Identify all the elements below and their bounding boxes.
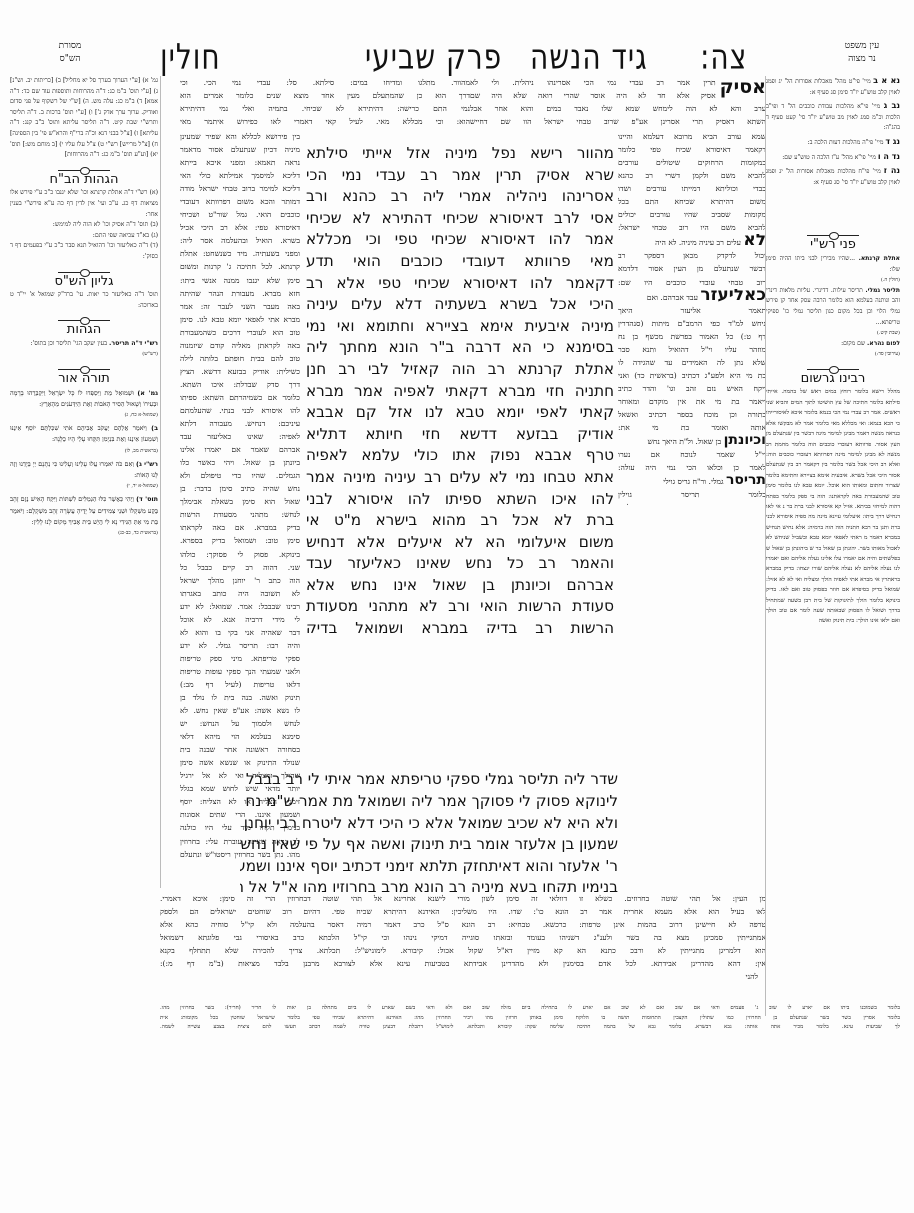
tosafot-column: שמא עורב הביא מרובא דעלמא והיינודקאמר דא…	[618, 130, 766, 505]
torah-or-entries: גמ' א) וּשְׁמוּאֵל מֵת וַיִּסְפְּדוּ לוֹ…	[10, 388, 158, 540]
tractate-name: חולין	[160, 36, 221, 77]
gemara-line: שדר ליה תליסר גמלי ספקי טריפתא אמר איתי …	[240, 769, 618, 791]
tosafot-dibur-rest: גמלי. ור"ח גריס גוילי	[663, 477, 723, 486]
ein-mishpat-column: נא א ב מיי' פי"ט מהל' מאכלות אסורות הל' …	[766, 76, 900, 1026]
gilyon-hashas-title: גליון הש"ס	[10, 277, 158, 288]
rashi-line: בין פירושא לכללא והא שפיר שמעינן	[180, 130, 300, 143]
torah-or-verse: וַיֹּאמֶר אֲלֵהֶם יַעֲקֹב אֲבִיהֶם אֹתִי…	[10, 424, 158, 443]
ein-mishpat-entry: נד ה ו מיי' פי"א מהל' ע"ז הלכה ה טוש"ע ש…	[766, 152, 900, 164]
mesoret-hashas-column: גמ' א) [ע"י הערוך בערך סל יא מחליל] ב) […	[10, 76, 158, 1026]
gemara-line: מהוור רישא נפל מיניה אזל אייתי סילתא	[306, 143, 614, 165]
rashi-line: כוכבים הואי. גמל שור"ט ושכיחי	[180, 208, 300, 221]
tosafot-line: ויקח האיש נזם זהב וגו' והדר כתיב	[618, 382, 766, 395]
tosafot-dibur-line: וכיונתן בן שאול. ול"ת היאך נחש	[618, 434, 766, 448]
rashi-line: נראה תאמא: ומפני איכא בייתא	[180, 156, 300, 169]
hagahot-ref: (רש"ש)	[10, 349, 158, 360]
torah-or-entry: גמ' א) וּשְׁמוּאֵל מֵת וַיִּסְפְּדוּ לוֹ…	[10, 388, 158, 422]
tosafot-line: כלומר תריסר גוילין	[618, 488, 766, 501]
tosafot-line: כתובין שאלות:	[618, 501, 766, 505]
ein-mishpat-mark: נב ג	[884, 101, 900, 110]
bottom-note-line: בלומר אסרין בשר בשר שנתעלם בן החרוזין כמ…	[160, 1014, 900, 1024]
penei-rashi-dibur: אתלת קרנתא.	[859, 255, 900, 262]
rashi-line: לאפיה: שאינו כאליעזר עבד	[180, 430, 300, 443]
rashi-line: מברא אתי לאפאי יומא טבא לנו. סימן	[180, 313, 300, 326]
torah-or-verse: וּשְׁמוּאֵל מֵת וַיִּסְפְּדוּ לוֹ כָּל י…	[10, 389, 158, 408]
bottom-note-line: בלומר בשמוכנו ביתו אם יארע לו שוב ג' פעמ…	[160, 1004, 900, 1014]
rashi-line: מהוור. מתלגו ומדיחו במים: סילתא. סל: עבד…	[180, 76, 470, 89]
tosafot-line: ויאמר בת מי את אין מוקדם ומאוחר	[618, 395, 766, 408]
gemara-line: אסי לרב דאיסורא שכיחי דהתירא לא שכיחי	[306, 208, 614, 230]
tosafot-line: בת מי היא ולפע"ג דכתיב (בראשית כד) ואני	[618, 369, 766, 382]
ein-mishpat-entries: נא א ב מיי' פי"ט מהל' מאכלות אסורות הל' …	[766, 76, 900, 188]
penei-rashi-entry: לפום נהרא. שם מקום:(עירובין סד:)	[766, 339, 900, 360]
ein-mishpat-entry: נא א ב מיי' פי"ט מהל' מאכלות אסורות הל' …	[766, 76, 900, 98]
rashi-line: טוב להם בבית חופתם בלותה לילה	[180, 352, 300, 365]
divider-ornament-icon	[58, 366, 110, 372]
tosafot-line: להביא משם היו רוב טבחי ישראל:	[618, 221, 766, 234]
tosafot-line: רוב טבחי עובדי כוכבים היו שם:	[618, 276, 766, 289]
rashi-line: סימן שלא יגנבו ממנה אנשי ביתו:	[180, 274, 300, 287]
rashi-line: בשרא. הואיל ובהעלמה אסר ליה:	[180, 234, 300, 247]
rashi-line: דאיסורא טפי: אלא רב היכי אכיל	[180, 221, 300, 234]
rashi-line: דליכא למיסמך אמילתא כולי האי	[180, 169, 300, 182]
gemara-line: בנימין תקחו בעא מיניה רב הונא מרב בחרוזי…	[240, 877, 618, 892]
column-rule	[765, 76, 766, 1016]
gemara-line: דקאמר להו דאיסורא שכיחי טפי אלא רב	[306, 273, 614, 295]
gemara-line: קאתי לאפי יומא טבא לנו אזל קם אבבא	[306, 402, 614, 424]
tosafot-line: השתא דאסיק תרי אסרינן אע"פ שרוב טבחי ישר…	[470, 115, 766, 128]
torah-or-mark: תוס' ד)	[136, 495, 158, 503]
tosafot-dibur-hamatchil: לא	[743, 234, 766, 249]
torah-or-mark: רש"י ג)	[136, 460, 158, 468]
hagahot-habach-entry: (ג) בא"ד עכיאה שפי התם:	[10, 231, 158, 242]
rashi-line: באה מעבר השני לעבר זה: אמר	[180, 300, 300, 313]
gemara-line: ר' אלעזר והוא דאיתחזק תלתא זימני דכתיב י…	[240, 856, 618, 878]
gemara-line: אודיק בבזעא דדשא חזי חיותא דתליא	[306, 424, 614, 446]
penei-rashi-title: פני רש"י	[766, 240, 900, 251]
chapter-number: פרק שביעי	[365, 36, 502, 77]
tosafot-bottom-line: אמתגייתין סמכינן מצא בה בשר ולענ"ג דשניה…	[160, 931, 766, 944]
bottom-note-line: לך שביעות עינא. בלומר מכיר אתה אותה: גבא…	[160, 1023, 900, 1033]
rashi-line: להו איסורא לבני בנתי. שהעלמתם	[180, 404, 300, 417]
rashi-top-block: מהוור. מתלגו ומדיחו במים: סילתא. סל: עבד…	[180, 76, 470, 136]
ein-mishpat-text: מיי' פי"א מהלכות עבודת כוכבים הל' ד ופי"…	[766, 103, 900, 131]
tosafot-line: תרין אמר רב עבדי נמי הכי אסרינהו ניהלית.…	[470, 76, 716, 89]
tosafot-line: אסיק אלא חד לא היה אוסר שהרי רואה שלא הי…	[470, 89, 716, 102]
mesoret-hashas-entry: גמ' א) [ע"י הערוך בערך סל יא מחליל] ב) […	[10, 76, 158, 161]
daf-number: צה:	[700, 36, 747, 77]
ein-mishpat-mark: נג ד	[885, 137, 900, 146]
tosafot-dibur-hamatchil: כאליעזר	[700, 289, 766, 304]
hashas-label: הש"ס	[40, 53, 100, 66]
torah-or-entry: רש"י ג) וְאִם כֹּה יֹאמְרוּ עֲלוּ עָלֵינ…	[10, 459, 158, 493]
ein-mishpat-mark: נה ז	[884, 166, 900, 175]
gemara-line: טרף אבבא נפוק אתו כולי עלמא לאפיה	[306, 445, 614, 467]
rabbenu-gershom-text: מהלל רישא בלומר רוחץ במים ראש של בהמה. א…	[766, 387, 900, 626]
divider-ornament-icon	[58, 269, 110, 275]
column-rule	[160, 76, 161, 888]
hagahot-title: הגהות	[10, 325, 158, 336]
rashi-line: כלומר אם כשמיהרתם השתא: ספיתו	[180, 391, 300, 404]
tosafot-dibur-line: כאליעזר עבד אברהם. ואם	[618, 289, 766, 304]
torah-or-ref: (בראשית כד, כב-כג)	[10, 528, 158, 539]
rashi-line: דרך סדק שבדלת: איכו השתא.	[180, 378, 300, 391]
gemara-line: היכי אכל בשרא בשעתיה דלא עלים עיניה	[306, 294, 614, 316]
divider-ornament-icon	[807, 232, 859, 238]
ein-mishpat-mark: נא א ב	[873, 76, 900, 85]
ein-mishpat-entry: נג ד מיי' פי"ה מהלכות דעות הלכה ב:	[766, 137, 900, 149]
rashi-line: נמי התם כרישה: דהיתירא לא שכיחי. בתמיה ו…	[180, 102, 470, 115]
hagahot-habach-entry: (א) רש"י ד"ה אתלת קרנתא וכו' שלא יגנבו כ…	[10, 188, 158, 220]
ein-mishpat-label: עין משפט	[832, 40, 892, 53]
rabbenu-gershom-title: רבינו גרשום	[766, 374, 900, 385]
penei-rashi-ref: (חולין ה.)	[766, 275, 900, 286]
penei-rashi-dibur: תליסר גמלי.	[865, 287, 900, 294]
chapter-name: גיד הנשה	[530, 36, 648, 77]
tosafot-bottom-line: אין: דהא מהדרינן אבידתא. לכל אדם בסימנין…	[160, 957, 766, 970]
ein-mishpat-mark: נד ה ו	[878, 152, 900, 161]
penei-rashi-entries: אתלת קרנתא. ...שהיו מכירין לבני ביתו ההי…	[766, 254, 900, 360]
gemara-line: אמר להו דאיסורא שכיחי טפי וכי מכללא	[306, 229, 614, 251]
rashi-line: אברהם שאמר אם יאמרו אלינו	[180, 443, 300, 456]
tosafot-line: מקומות שסביב שהיו עורבים יכולים	[618, 208, 766, 221]
rashi-line: ביונתן בן שאול. ויהי כאשר כלו	[180, 456, 300, 469]
torah-or-ref: (שמואל-א יד, י)	[10, 481, 158, 492]
gemara-line: אסרינהו ניהליה אמרי ליה רב כהנא ורב	[306, 186, 614, 208]
gemara-line: שרא אסיק תרין אמר רב עבדי נמי הכי	[306, 165, 614, 187]
tosafot-dibur-rest: בן שאול. ול"ת היאך נחש	[647, 437, 721, 446]
gemara-spacer	[240, 492, 618, 769]
rashi-line: דרך הוא כן שהמתעלם מעין אחד מוצא שנים כל…	[180, 89, 470, 102]
divider-ornament-icon	[58, 167, 110, 173]
torah-or-ref: (שמואל-א כח, ג)	[10, 410, 158, 421]
rashi-line: הוא: וכי מכללא מאי. לעיל קאי דאמרי לאו כ…	[180, 115, 470, 128]
ein-mishpat-entry: נה ז מיי' פי"ח מהלכות מאכלות אסורות הל' …	[766, 166, 900, 188]
hagahot-habach-entry: (ב) תוס' ד"ה אסיק וכו' לא הוה ליה למימש:	[10, 220, 158, 231]
rashi-line: דמותר והכא משום דפרוותא דעובדי	[180, 195, 300, 208]
tosafot-line: יכול לדקדק מכאן דספקר רב	[618, 249, 766, 262]
tosafot-line: לאמר כן וכלאו הכי נמי היה עולה:	[618, 461, 766, 474]
gemara-line: אתלת קרנתא רב הוה קאזיל לבי רב חנן	[306, 359, 614, 381]
tosafot-top-block: אסיקתרין אמר רב עבדי נמי הכי אסרינהו ניה…	[470, 76, 766, 136]
hagahot-entry: רש"י ד"ה תריסר. בעין יעקב הגי' תליסר וכן…	[10, 339, 158, 360]
rashi-line: דליכא למימר ברוב טבחי ישראל מודה	[180, 182, 300, 195]
tosafot-opening-word: אסיק	[720, 76, 766, 98]
tosafot-line: דבשר שנתעלם מן העין אסור דלדמא	[618, 262, 766, 275]
divider-ornament-icon	[58, 317, 110, 323]
gemara-line: לינוקא פסוק לי פסוקך אמר ליה ושמואל מת א…	[240, 791, 618, 813]
tosafot-dibur-hamatchil: וכיונתן	[724, 434, 766, 448]
tosafot-line: משום דהיתרא שכיחא התם בכל	[618, 195, 766, 208]
tosafot-bottom-line: טרפה לא חיישינן דרוב בהמות אינן טרפות: כ…	[160, 918, 766, 931]
rashi-line: קרנתא. לכל חתיכה ג' קרנות ומשום	[180, 260, 300, 273]
hagahot-habach-entries: (א) רש"י ד"ה אתלת קרנתא וכו' שלא יגנבו כ…	[10, 188, 158, 262]
torah-or-mark: גמ' א)	[137, 389, 158, 397]
ein-mishpat-header: עין משפט נר מצוה	[832, 40, 892, 66]
tosafot-dibur-rest: עלים רב עיניה מיניה. לא היה	[655, 238, 741, 247]
hagahot-habach-entry: (ד) ד"ה כאליעזר וכו' דהואיל תנא סבר כ"כ …	[10, 241, 158, 262]
ner-mitzvah-label: נר מצוה	[832, 53, 892, 66]
gemara-line: ולא היא לא שכיב שמואל אלא כי היכי דלא לי…	[240, 813, 618, 835]
gemara-line: בסימנא כי הא דרבה ב"ר הונא מחתך ליה	[306, 337, 614, 359]
gemara-line: מיניה איבעית אימא בציירא וחתומא ואי נמי	[306, 316, 614, 338]
tosafot-line: להביא משם ולקמן דשרי רב כהנא	[618, 169, 766, 182]
tosafot-dibur-rest: עבד אברהם. ואם	[647, 293, 698, 302]
mesoret-hashas-entries: גמ' א) [ע"י הערוך בערך סל יא מחליל] ב) […	[10, 76, 158, 161]
rashi-line: באה לקראתן מאליה קודם שיזמנוה	[180, 339, 300, 352]
tosafot-line: כבדי וכוליתא דמייתו עורבים ושדו	[618, 182, 766, 195]
gemara-line: מאי פרוותא דעובדי כוכבים הואי תדע	[306, 251, 614, 273]
tosafot-line: דף ט:) כל האמור בפרשת מכשף בן נח	[618, 330, 766, 343]
tosafot-dibur-hamatchil: תריסר	[726, 474, 766, 488]
torah-or-mark: ב)	[151, 424, 158, 432]
bottom-notes: בלומר בשמוכנו ביתו אם יארע לו שוב ג' פעמ…	[160, 1004, 900, 1036]
ein-mishpat-entry: נב ג מיי' פי"א מהלכות עבודת כוכבים הל' ד…	[766, 101, 900, 134]
ein-mishpat-text: מיי' פי"א מהל' ע"ז הלכה ה טוש"ע שם:	[782, 154, 876, 161]
torah-or-ref: (בראשית מב, לו)	[10, 446, 158, 457]
penei-rashi-dibur: לפום נהרא.	[867, 340, 900, 347]
tosafot-line: מוזהר עליו וי"ל דהואיל ותנא סבר	[618, 343, 766, 356]
mesoret-label: מסורת	[40, 40, 100, 53]
gemara-wide-block: שדר ליה תליסר גמלי ספקי טריפתא אמר איתי …	[240, 492, 618, 892]
tosafot-dibur-line: תריסר גמלי. ור"ח גריס גוילי	[618, 474, 766, 488]
rashi-line: חזא מברא. מעבורת הנהר שהיתה	[180, 287, 300, 300]
tosafot-line: שלא נתן לה האמידים עד שהגידה לו	[618, 356, 766, 369]
penei-rashi-ref: (עירובין סד:)	[766, 349, 900, 360]
tosafot-line: ערב והא לא הוה לימחש שמא שלו נאבד במים ו…	[470, 102, 766, 115]
tosafot-line: וי"ל שאמר לנוכח אם נערו	[618, 448, 766, 461]
rashi-line: ומפני בשעתיה. מיד כשנשחט: אתלת	[180, 247, 300, 260]
penei-rashi-entry: אתלת קרנתא. ...שהיו מכירין לבני ביתו ההי…	[766, 254, 900, 286]
hagahot-habach-title: הגהות הב"ח	[10, 175, 158, 186]
tosafot-dibur-line: לא עלים רב עיניה מיניה. לא היה	[618, 234, 766, 249]
gemara-line: שמעון בן אלעזר אומר בית תינוק ואשה אף על…	[240, 834, 618, 856]
hagahot-text: בעין יעקב הגי' תליסר וכן בתוס':	[31, 340, 108, 347]
rashi-line: עיניכם: דנחיש. מעבורה דלתא	[180, 417, 300, 430]
rashi-line: טוב הוא לעוברי דרכים כשהמעבורת	[180, 326, 300, 339]
rashi-line: הגמלים. שהיו כדי טיפולם ולא	[180, 469, 300, 482]
penei-rashi-ref: (שבת קיט.)	[766, 328, 900, 339]
tosafot-bottom-line: לאו בעיל הוא אלא מעמא אחרית אמר רב הונא …	[160, 905, 766, 918]
rashi-line: מיניה דכיון שנתעלם אסור מדאמר	[180, 143, 300, 156]
ein-mishpat-text: מיי' פי"ח מהלכות מאכלות אסורות הל' יג ופ…	[766, 168, 900, 186]
torah-or-entry: ב) וַיֹּאמֶר אֲלֵהֶם יַעֲקֹב אֲבִיהֶם אֹ…	[10, 423, 158, 457]
tosafot-bottom-line: מן העין: אל תהי שוטה בחרוזים. כשלא זו דו…	[160, 892, 766, 905]
ein-mishpat-text: מיי' פי"ה מהלכות דעות הלכה ב:	[808, 139, 884, 146]
tosafot-line: ניחש למ"ד כפי הרמב"ם מיתות (סנהדרין	[618, 317, 766, 330]
tosafot-line: אותה ואומר בת מי את:	[618, 421, 766, 434]
hagahot-dibur: רש"י ד"ה תריסר.	[109, 340, 158, 347]
tosafot-line: תאמר אליעזר היאך	[618, 304, 766, 317]
tosafot-end-word: להני	[160, 970, 766, 983]
tosafot-bottom-line: הוא דלמריגן מתגייתין לא ורבכ כתנא הא קא …	[160, 944, 766, 957]
tosafot-bottom-block: מן העין: אל תהי שוטה בחרוזים. כשלא זו דו…	[160, 892, 766, 1002]
penei-rashi-entry: תליסר גמלי. תריסר עילות. דדינרי. עליות מ…	[766, 286, 900, 339]
torah-or-entry: תוס' ד) וַיְהִי כַּאֲשֶׁר כִּלּוּ הַגְּמ…	[10, 494, 158, 539]
divider-ornament-icon	[807, 366, 859, 372]
gemara-line: חתניה חזי מברא דקאתי לאפיה אמר מברא	[306, 381, 614, 403]
tosafot-line: במקומות הרחוקים שיטולים עורבים	[618, 156, 766, 169]
penei-rashi-text: שם מקום:	[841, 340, 865, 347]
rashi-line: כשילית: אודיק בבזעא דדשא. הציץ	[180, 365, 300, 378]
torah-or-title: תורה אור	[10, 374, 158, 385]
mesoret-header: מסורת הש"ס	[40, 40, 100, 66]
tosafot-line: דקאמר דאיסורא שכיח טפי כלומר	[618, 143, 766, 156]
tosafot-line: בתורה וכן מוכח בספר דכתיב ואשאל	[618, 408, 766, 421]
gemara-line: אתא טבחו נמי לא עלים רב עיניה מיניה אמר	[306, 467, 614, 489]
gilyon-hashas-text: תוס' ד"ה כאליעזר כר יאות. עי' ברד"ק שמוא…	[10, 290, 158, 311]
